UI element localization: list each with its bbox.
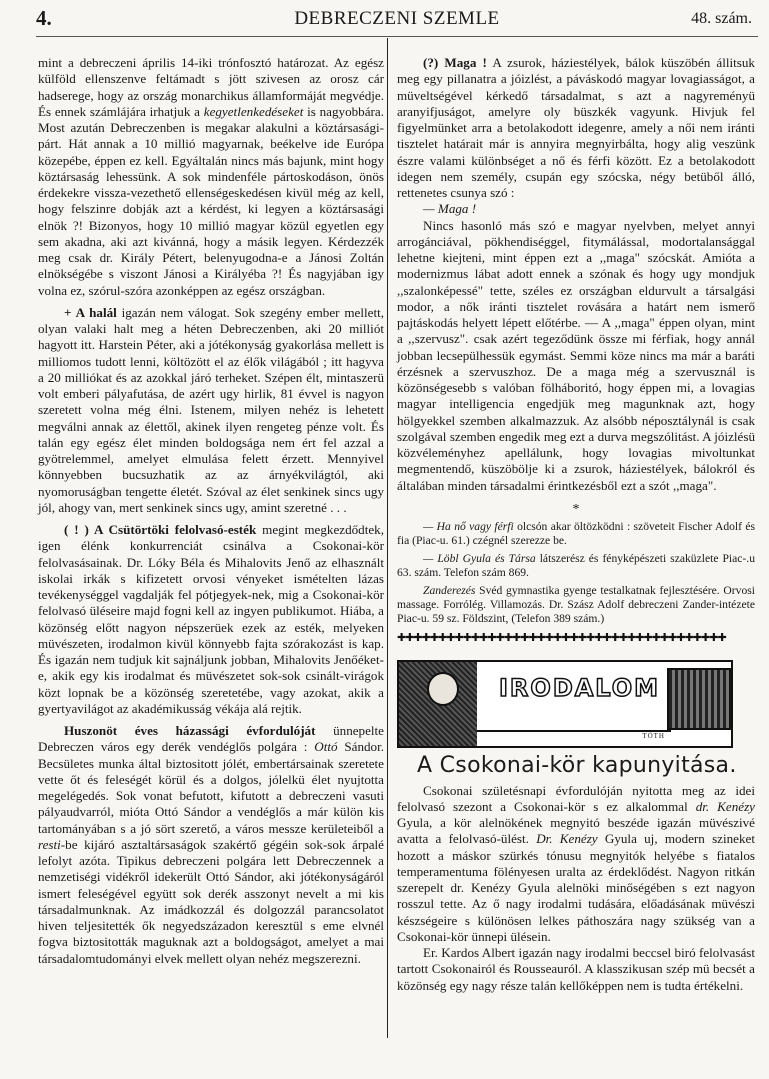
banner-title: IRODALOM: [499, 680, 660, 696]
article-paragraph-1: Csokonai születésnapi évfordulóján nyito…: [397, 783, 755, 946]
issue-number: 48. szám.: [691, 10, 752, 28]
paragraph-maga: (?) Maga ! A zsurok, háziestélyek, bálok…: [397, 55, 755, 201]
section-lead: Huszonöt éves házassági évfordulóját: [64, 723, 315, 738]
bookshelf-illustration-icon: [667, 668, 731, 730]
paragraph-readings: ( ! ) A Csütörtöki felolvasó-esték megin…: [38, 522, 384, 717]
paragraph-death: + A halál igazán nem válogat. Sok szegén…: [38, 305, 384, 516]
ad-fischer: — Ha nő vagy férfi olcsón akar öltözködn…: [397, 520, 755, 548]
irodalom-banner: IRODALOM TÓTH: [397, 660, 733, 748]
section-separator-star: *: [397, 502, 755, 518]
exclamation: — Maga !: [397, 201, 755, 217]
artist-signature: TÓTH: [642, 728, 665, 744]
paragraph-republic: mint a debreczeni április 14-iki trónfos…: [38, 55, 384, 299]
article-title: A Csokonai-kör kapunyitása.: [417, 758, 755, 774]
writer-illustration-icon: [399, 662, 477, 746]
paragraph-maga-2: Nincs hasonló más szó e magyar nyelvben,…: [397, 218, 755, 494]
section-lead: ( ! ) A Csütörtöki felolvasó-esték: [64, 522, 256, 537]
ad-zander: Zanderezés Svéd gymnastika gyenge testal…: [397, 584, 755, 626]
paragraph-anniversary: Huszonöt éves házassági évfordulóját ünn…: [38, 723, 384, 967]
right-column: (?) Maga ! A zsurok, háziestélyek, bálok…: [397, 55, 755, 994]
page-header: 4. DEBRECZENI SZEMLE 48. szám.: [36, 4, 758, 37]
article-paragraph-2: Er. Kardos Albert igazán nagy irodalmi b…: [397, 945, 755, 994]
ad-lobl: — Löbl Gyula és Társa látszerész és fény…: [397, 552, 755, 580]
section-lead: + A halál: [64, 305, 117, 320]
newspaper-title: DEBRECZENI SZEMLE: [36, 8, 758, 30]
column-divider: [387, 38, 388, 1038]
advertisements: — Ha nő vagy férfi olcsón akar öltözködn…: [397, 520, 755, 626]
left-column: mint a debreczeni április 14-iki trónfos…: [38, 55, 384, 967]
section-lead: (?) Maga !: [423, 55, 487, 70]
cross-border-rule: ✚✚✚✚✚✚✚✚✚✚✚✚✚✚✚✚✚✚✚✚✚✚✚✚✚✚✚✚✚✚✚✚✚✚✚✚✚✚✚✚: [397, 630, 737, 646]
